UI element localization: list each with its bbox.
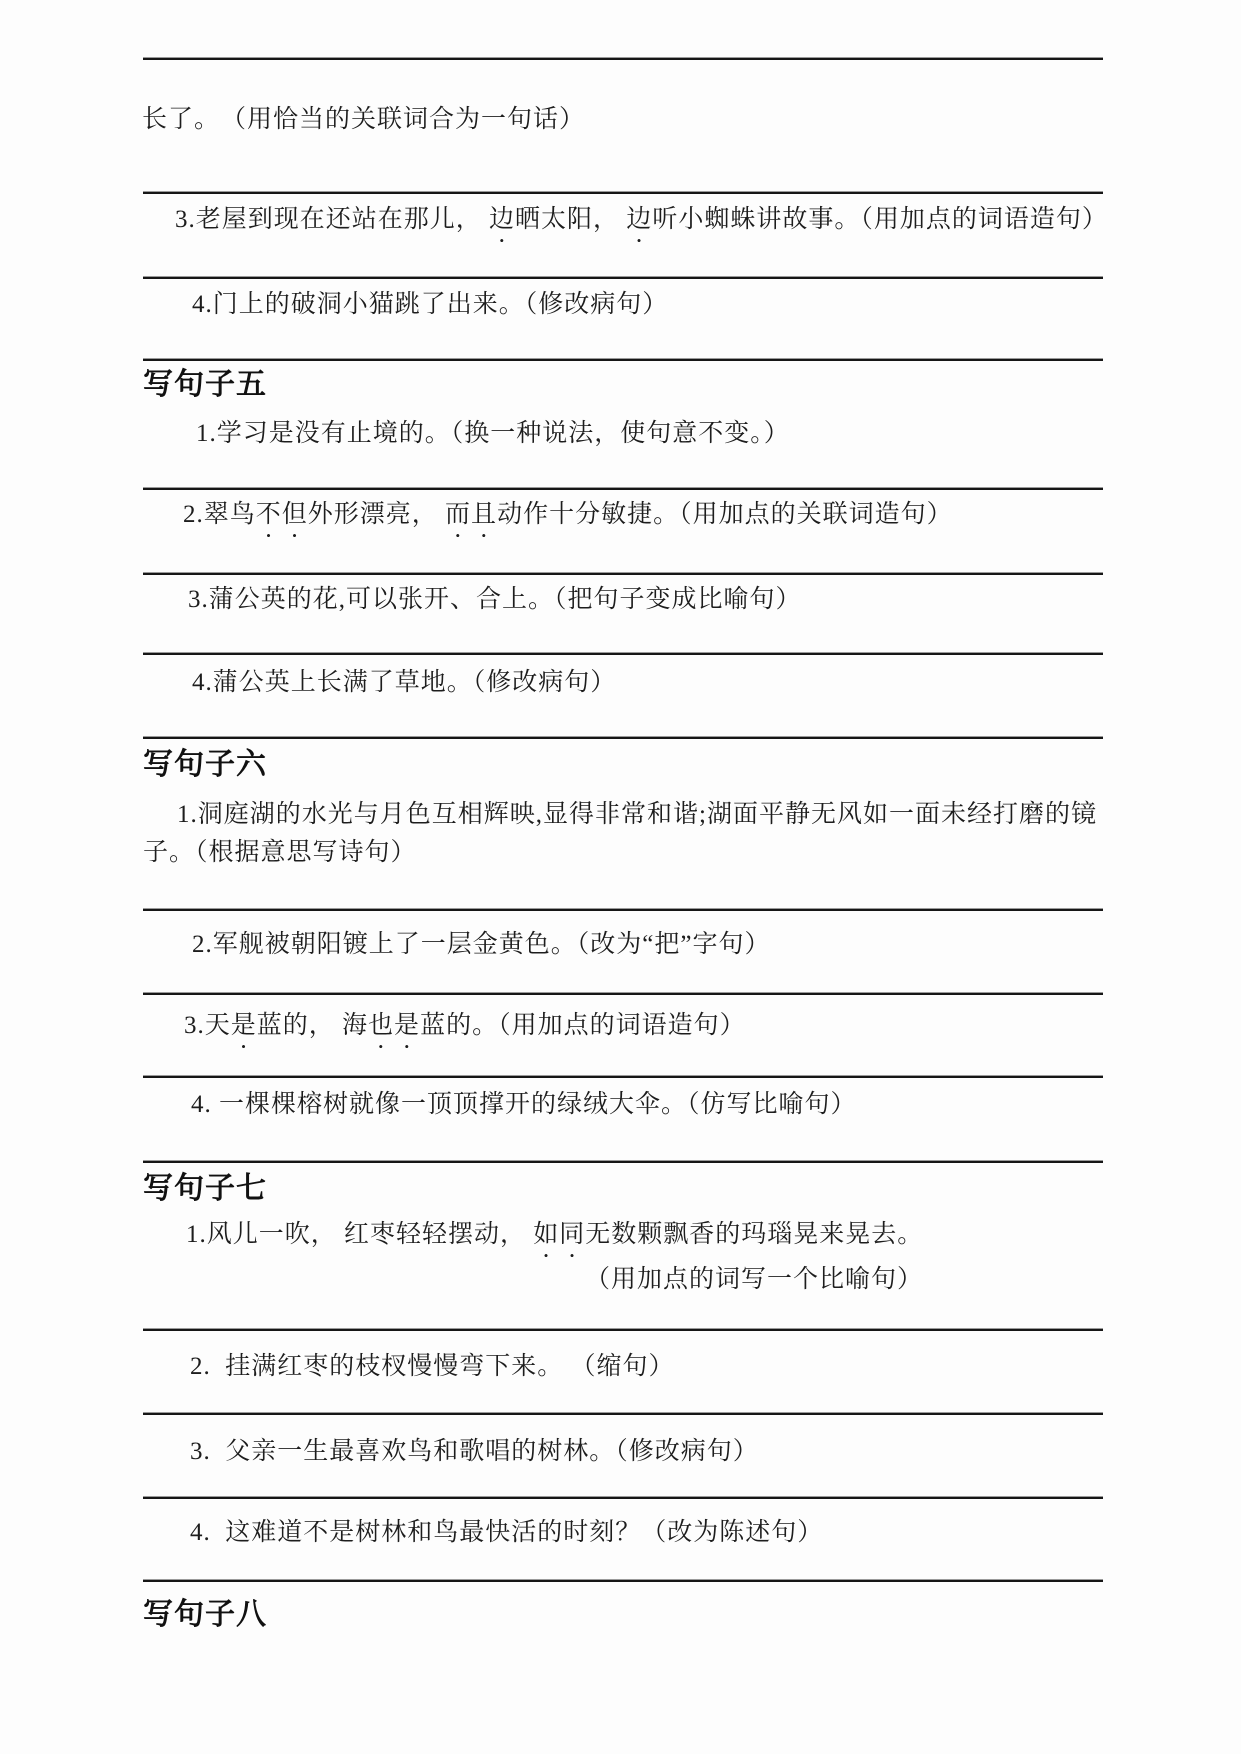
exercise-item-note: （用加点的词写一个比喻句） bbox=[585, 1263, 923, 1297]
dotted-word: 如同 bbox=[533, 1221, 585, 1248]
answer-line bbox=[143, 909, 1103, 911]
answer-line bbox=[143, 1497, 1103, 1499]
answer-line bbox=[143, 737, 1103, 739]
exercise-item: 4. 这难道不是树林和鸟最快活的时刻？（改为陈述句） bbox=[190, 1516, 823, 1550]
item-text: 动作十分敏捷。（用加点的关联词造句） bbox=[497, 501, 953, 528]
item-text: 蓝的， 海 bbox=[257, 1012, 368, 1039]
exercise-item: 3.蒲公英的花,可以张开、合上。（把句子变成比喻句） bbox=[188, 583, 802, 617]
answer-line bbox=[143, 653, 1103, 655]
exercise-item: 3.老屋到现在还站在那儿， 边晒太阳， 边听小蜘蛛讲故事。（用加点的词语造句） bbox=[175, 203, 1108, 248]
section-heading: 写句子六 bbox=[143, 748, 267, 782]
answer-line bbox=[143, 359, 1103, 361]
exercise-item: 2.翠鸟不但外形漂亮， 而且动作十分敏捷。（用加点的关联词造句） bbox=[183, 498, 953, 543]
exercise-item-continued: 子。（根据意思写诗句） bbox=[143, 836, 417, 870]
exercise-item: 2. 挂满红枣的枝杈慢慢弯下来。 （缩句） bbox=[190, 1350, 675, 1384]
answer-line bbox=[143, 1580, 1103, 1582]
answer-line bbox=[143, 58, 1103, 60]
item-text: 听小蜘蛛讲故事。（用加点的词语造句） bbox=[652, 206, 1108, 233]
answer-line bbox=[143, 1329, 1103, 1331]
dotted-word: 边 bbox=[489, 206, 515, 233]
dotted-word: 是 bbox=[231, 1012, 257, 1039]
item-text: 蓝的。（用加点的词语造句） bbox=[420, 1012, 746, 1039]
section-heading: 写句子五 bbox=[143, 368, 267, 402]
item-text: 1.风儿一吹， 红枣轻轻摆动， bbox=[186, 1221, 533, 1248]
answer-line bbox=[143, 1076, 1103, 1078]
item-text: 无数颗飘香的玛瑙晃来晃去。 bbox=[585, 1221, 923, 1248]
item-text: 3.天 bbox=[184, 1012, 231, 1039]
item-text: 3.老屋到现在还站在那儿， bbox=[175, 206, 489, 233]
exercise-item: 4. 一棵棵榕树就像一顶顶撑开的绿绒大伞。（仿写比喻句） bbox=[191, 1088, 857, 1122]
answer-line bbox=[143, 993, 1103, 995]
exercise-item: 1.风儿一吹， 红枣轻轻摆动， 如同无数颗飘香的玛瑙晃来晃去。 bbox=[186, 1218, 923, 1263]
item-text: 外形漂亮， bbox=[308, 501, 445, 528]
dotted-word: 而且 bbox=[445, 501, 497, 528]
answer-line bbox=[143, 1161, 1103, 1163]
item-text: 2.翠鸟 bbox=[183, 501, 256, 528]
answer-line bbox=[143, 192, 1103, 194]
carryover-text: 长了。 （用恰当的关联词合为一句话） bbox=[142, 103, 585, 137]
exercise-item: 2.军舰被朝阳镀上了一层金黄色。（改为“把”字句） bbox=[192, 928, 770, 962]
section-heading: 写句子七 bbox=[143, 1172, 267, 1206]
exercise-item: 4.蒲公英上长满了草地。（修改病句） bbox=[192, 666, 616, 700]
exercise-item: 3.天是蓝的， 海也是蓝的。（用加点的词语造句） bbox=[184, 1009, 746, 1054]
answer-line bbox=[143, 488, 1103, 490]
answer-line bbox=[143, 573, 1103, 575]
dotted-word: 也是 bbox=[368, 1012, 420, 1039]
answer-line bbox=[143, 277, 1103, 279]
exercise-item: 3. 父亲一生最喜欢鸟和歌唱的树林。（修改病句） bbox=[190, 1435, 759, 1469]
exercise-item: 1.洞庭湖的水光与月色互相辉映,显得非常和谐;湖面平静无风如一面未经打磨的镜 bbox=[177, 798, 1097, 832]
dotted-word: 边 bbox=[626, 206, 652, 233]
worksheet-page: 长了。 （用恰当的关联词合为一句话） 3.老屋到现在还站在那儿， 边晒太阳， 边… bbox=[0, 0, 1241, 1754]
section-heading: 写句子八 bbox=[143, 1598, 267, 1632]
dotted-word: 不但 bbox=[256, 501, 308, 528]
exercise-item: 1.学习是没有止境的。（换一种说法，使句意不变。） bbox=[196, 417, 790, 451]
answer-line bbox=[143, 1413, 1103, 1415]
item-text: 晒太阳， bbox=[515, 206, 626, 233]
exercise-item: 4.门上的破洞小猫跳了出来。（修改病句） bbox=[192, 288, 668, 322]
